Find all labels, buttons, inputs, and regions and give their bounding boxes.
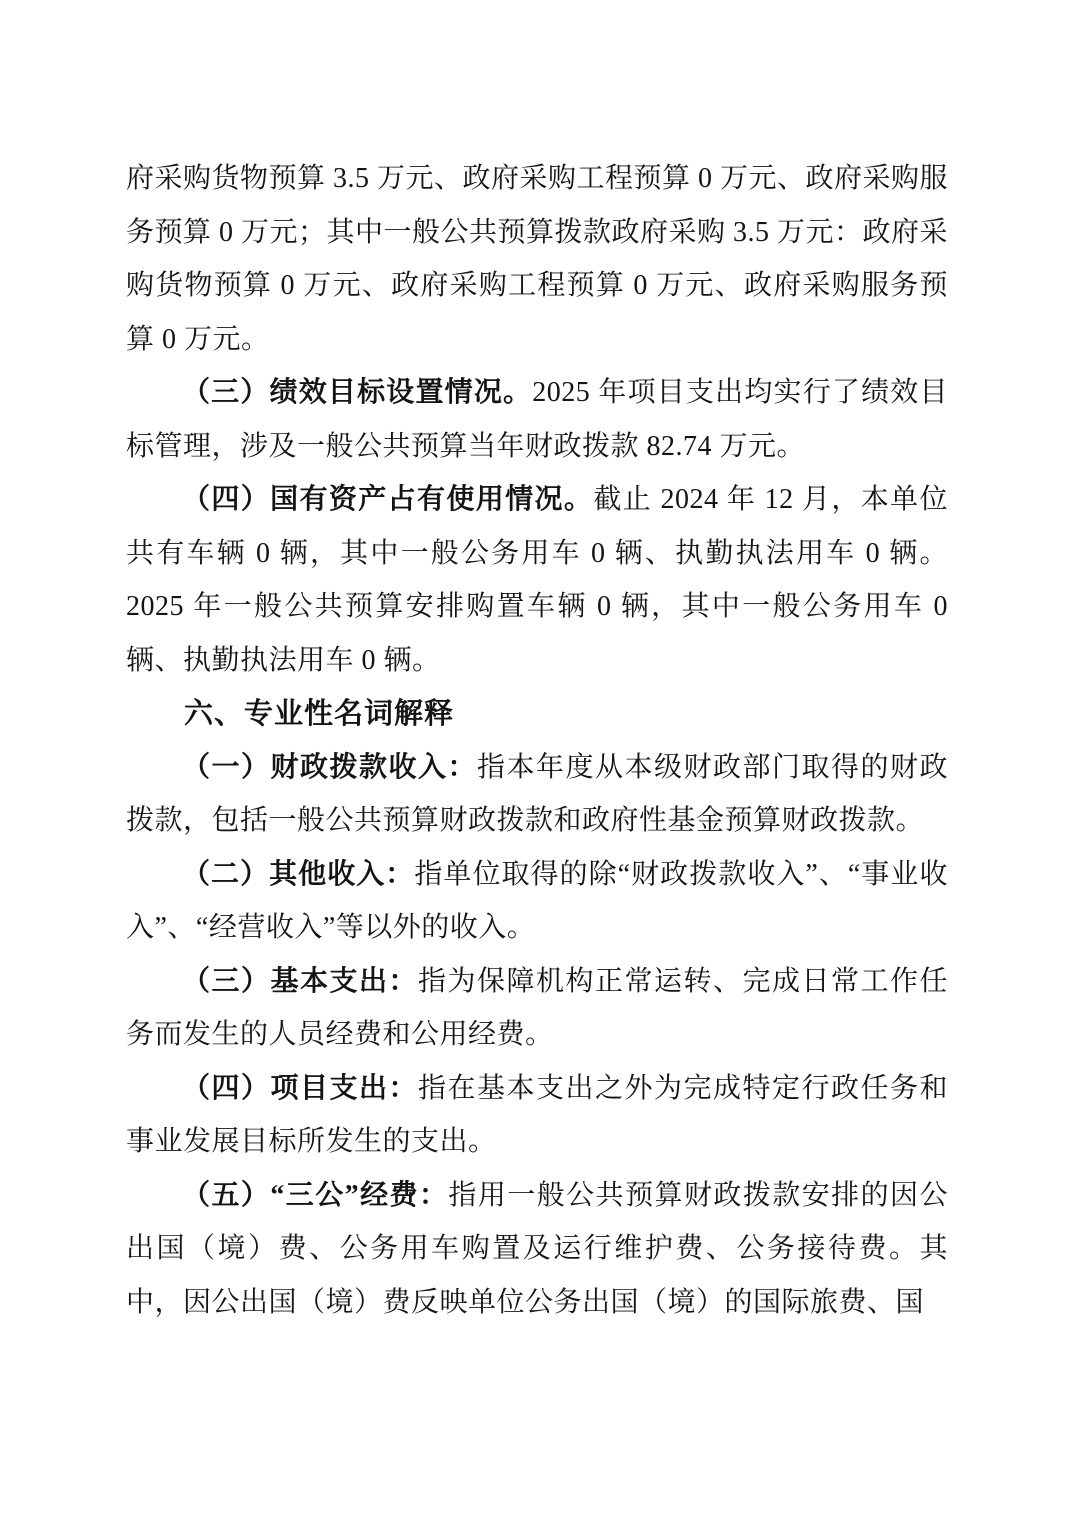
paragraph-def-other-income: （二）其他收入：指单位取得的除“财政拨款收入”、“事业收入”、“经营收入”等以外… [126, 848, 948, 955]
term-text: （三）绩效目标设置情况。 [182, 377, 532, 408]
body-text: 府采购货物预算 3.5 万元、政府采购工程预算 0 万元、政府采购服务预算 0 … [126, 163, 948, 355]
section-heading-glossary: 六、专业性名词解释 [126, 687, 948, 741]
term-text: （二）其他收入： [182, 859, 414, 890]
paragraph-performance-targets: （三）绩效目标设置情况。2025 年项目支出均实行了绩效目标管理，涉及一般公共预… [126, 366, 948, 473]
paragraph-def-fiscal-appropriation-income: （一）财政拨款收入：指本年度从本级财政部门取得的财政拨款，包括一般公共预算财政拨… [126, 741, 948, 848]
term-text: （五）“三公”经费： [182, 1180, 448, 1211]
term-text: （四）国有资产占有使用情况。 [182, 484, 593, 515]
paragraph-def-basic-expenditure: （三）基本支出：指为保障机构正常运转、完成日常工作任务而发生的人员经费和公用经费… [126, 955, 948, 1062]
term-text: （四）项目支出： [182, 1073, 418, 1104]
text-block: 府采购货物预算 3.5 万元、政府采购工程预算 0 万元、政府采购服务预算 0 … [126, 152, 948, 1329]
paragraph-def-project-expenditure: （四）项目支出：指在基本支出之外为完成特定行政任务和事业发展目标所发生的支出。 [126, 1062, 948, 1169]
paragraph-state-assets: （四）国有资产占有使用情况。截止 2024 年 12 月，本单位共有车辆 0 辆… [126, 473, 948, 687]
document-page: 府采购货物预算 3.5 万元、政府采购工程预算 0 万元、政府采购服务预算 0 … [0, 0, 1074, 1520]
term-text: （一）财政拨款收入： [182, 752, 477, 783]
term-text: （三）基本支出： [182, 966, 418, 997]
paragraph-def-three-public-funds: （五）“三公”经费：指用一般公共预算财政拨款安排的因公出国（境）费、公务用车购置… [126, 1169, 948, 1330]
paragraph-procurement-continuation: 府采购货物预算 3.5 万元、政府采购工程预算 0 万元、政府采购服务预算 0 … [126, 152, 948, 366]
